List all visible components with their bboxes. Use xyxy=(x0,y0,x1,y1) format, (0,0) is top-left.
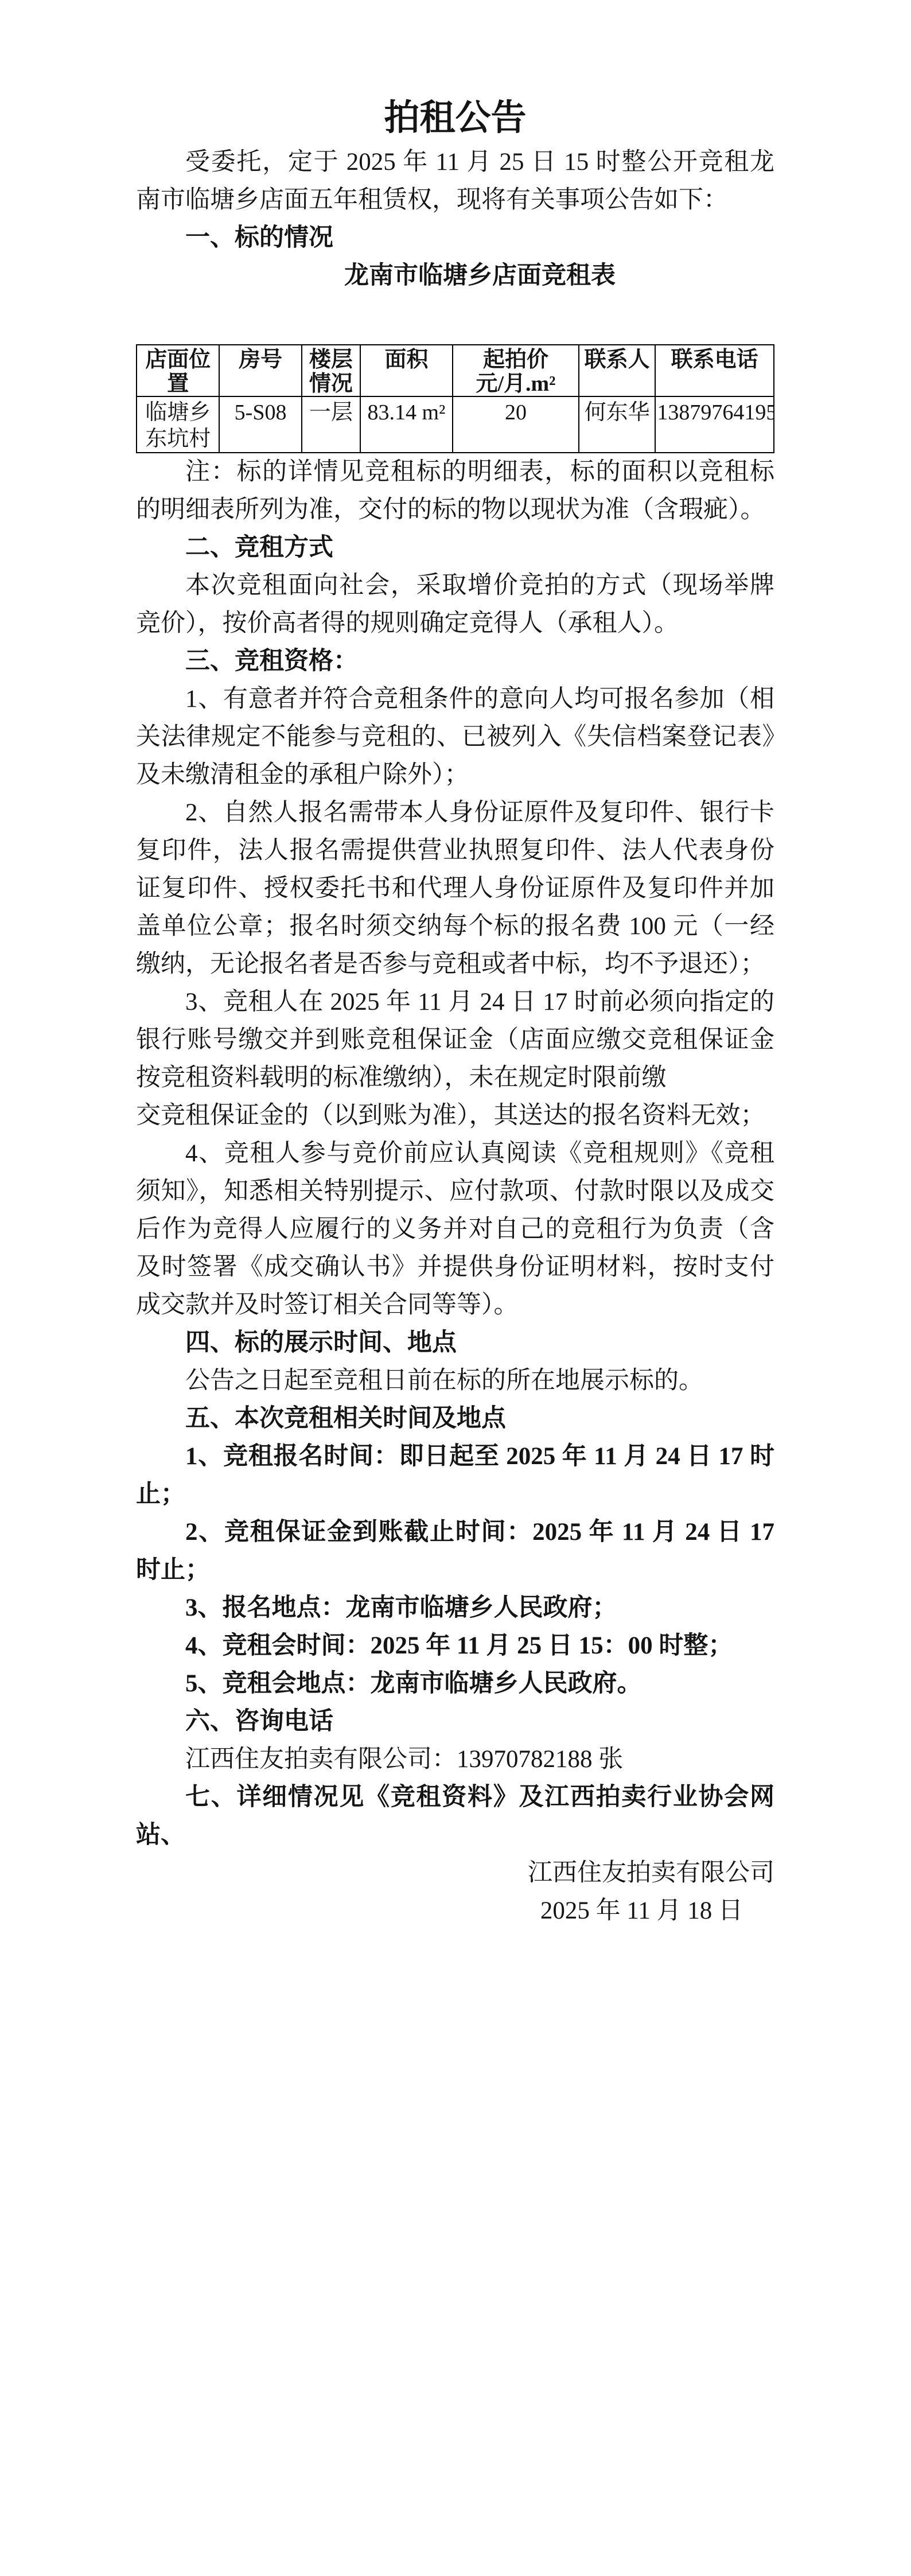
section-3-item-1: 1、有意者并符合竞租条件的意向人均可报名参加（相关法律规定不能参与竞租的、已被列… xyxy=(136,680,774,794)
cell-phone: 13879764195 xyxy=(655,396,774,453)
section-6-body: 江西住友拍卖有限公司：13970782188 张 xyxy=(136,1741,774,1779)
section-5-item-5: 5、竞租会地点：龙南市临塘乡人民政府。 xyxy=(136,1665,774,1703)
section-5-item-2: 2、竞租保证金到账截止时间：2025 年 11 月 24 日 17 时止； xyxy=(136,1513,774,1589)
header-location: 店面位置 xyxy=(137,345,219,396)
table-note-paragraph: 注：标的详情见竞租标的明细表，标的面积以竞租标的明细表所列为准，交付的标的物以现… xyxy=(136,453,774,529)
header-start-price: 起拍价 元/月.m² xyxy=(453,345,579,396)
header-area: 面积 xyxy=(360,345,453,396)
cell-floor: 一层 xyxy=(302,396,360,453)
section-3-item-3-page2: 交竞租保证金的（以到账为准），其送达的报名资料无效； xyxy=(136,1097,774,1135)
intro-paragraph: 受委托，定于 2025 年 11 月 25 日 15 时整公开竞租龙南市临塘乡店… xyxy=(136,143,774,219)
section-2-body: 本次竞租面向社会，采取增价竞拍的方式（现场举牌竞价），按价高者得的规则确定竞得人… xyxy=(136,567,774,643)
section-4-body: 公告之日起至竞租日前在标的所在地展示标的。 xyxy=(136,1362,774,1400)
section-5-item-3: 3、报名地点：龙南市临塘乡人民政府； xyxy=(136,1589,774,1627)
section-4-heading: 四、标的展示时间、地点 xyxy=(136,1324,774,1362)
signature-date: 2025 年 11 月 18 日 xyxy=(136,1892,774,1930)
section-3-item-2: 2、自然人报名需带本人身份证原件及复印件、银行卡复印件，法人报名需提供营业执照复… xyxy=(136,794,774,983)
header-floor: 楼层情况 xyxy=(302,345,360,396)
header-contact: 联系人 xyxy=(579,345,655,396)
section-1-heading: 一、标的情况 xyxy=(136,219,774,257)
table-title: 龙南市临塘乡店面竞租表 xyxy=(136,257,774,295)
cell-room-no: 5-S08 xyxy=(219,396,301,453)
signature-company: 江西住友拍卖有限公司 xyxy=(136,1854,774,1892)
cell-start-price: 20 xyxy=(453,396,579,453)
section-3-item-4: 4、竞租人参与竞价前应认真阅读《竞租规则》《竞租须知》，知悉相关特别提示、应付款… xyxy=(136,1135,774,1324)
section-7-heading: 七、详细情况见《竞租资料》及江西拍卖行业协会网站、 xyxy=(136,1779,774,1854)
document-title: 拍租公告 xyxy=(136,93,774,143)
cell-contact: 何东华 xyxy=(579,396,655,453)
section-2-heading: 二、竞租方式 xyxy=(136,529,774,567)
cell-location: 临塘乡东坑村 xyxy=(137,396,219,453)
section-3-item-3-page1: 3、竞租人在 2025 年 11 月 24 日 17 时前必须向指定的银行账号缴… xyxy=(136,983,774,1097)
announcement-document: 拍租公告 受委托，定于 2025 年 11 月 25 日 15 时整公开竞租龙南… xyxy=(0,0,911,2576)
section-6-heading: 六、咨询电话 xyxy=(136,1703,774,1741)
header-phone: 联系电话 xyxy=(655,345,774,396)
header-room-no: 房号 xyxy=(219,345,301,396)
table-header-row: 店面位置 房号 楼层情况 面积 起拍价 元/月.m² 联系人 联系电话 xyxy=(137,345,774,396)
section-3-heading: 三、竞租资格： xyxy=(136,643,774,680)
table-row: 临塘乡东坑村 5-S08 一层 83.14 m² 20 何东华 13879764… xyxy=(137,396,774,453)
rent-table: 店面位置 房号 楼层情况 面积 起拍价 元/月.m² 联系人 联系电话 临塘乡东… xyxy=(136,344,774,453)
section-5-item-4: 4、竞租会时间：2025 年 11 月 25 日 15：00 时整； xyxy=(136,1627,774,1665)
section-5-heading: 五、本次竞租相关时间及地点 xyxy=(136,1400,774,1438)
section-5-item-1: 1、竞租报名时间：即日起至 2025 年 11 月 24 日 17 时止； xyxy=(136,1438,774,1513)
cell-area: 83.14 m² xyxy=(360,396,453,453)
